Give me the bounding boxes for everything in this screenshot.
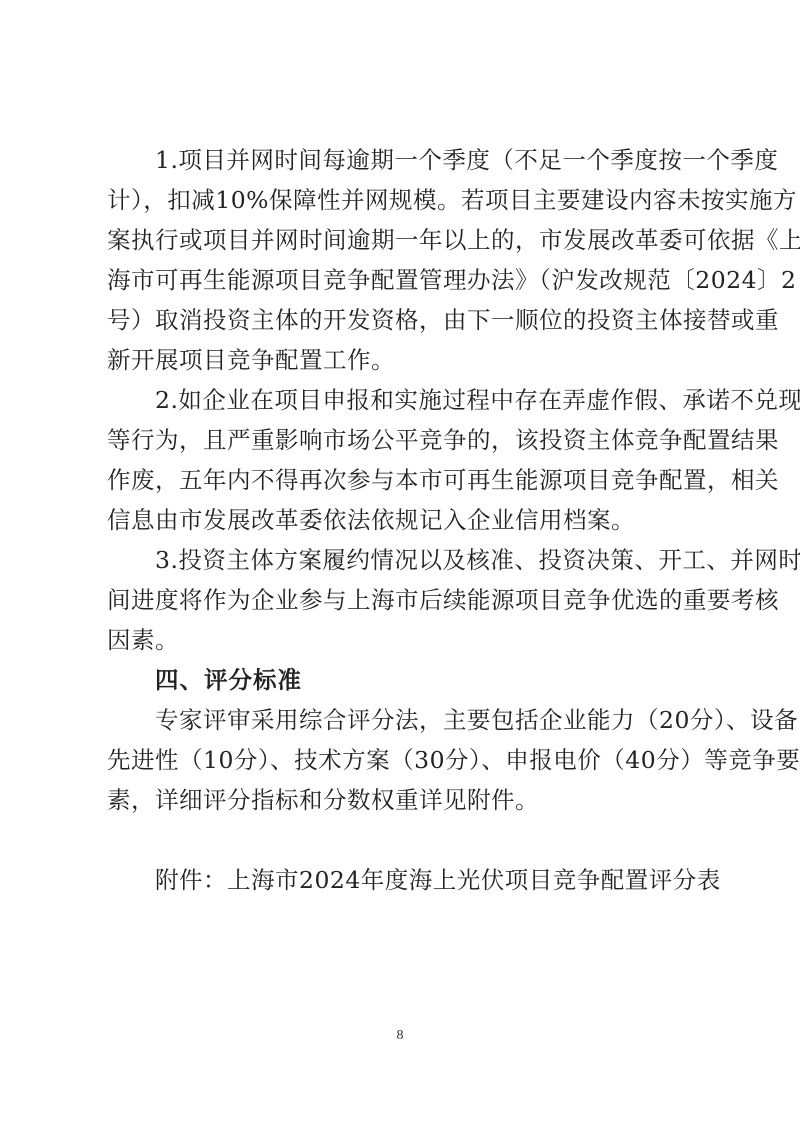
text-line: 先进性（10分）、技术方案（30分）、申报电价（40分）等竞争要: [107, 740, 697, 780]
text-line: 2.如企业在项目申报和实施过程中存在弄虚作假、承诺不兑现: [107, 380, 697, 420]
text-line: 号）取消投资主体的开发资格，由下一顺位的投资主体接替或重: [107, 300, 697, 340]
text-line: 间进度将作为企业参与上海市后续能源项目竞争优选的重要考核: [107, 580, 697, 620]
paragraph-scoring: 专家评审采用综合评分法，主要包括企业能力（20分）、设备 先进性（10分）、技术…: [107, 700, 697, 820]
text-line: 等行为，且严重影响市场公平竞争的，该投资主体竞争配置结果: [107, 420, 697, 460]
text-line: 案执行或项目并网时间逾期一年以上的，市发展改革委可依据《上: [107, 220, 697, 260]
text-line: 3.投资主体方案履约情况以及核准、投资决策、开工、并网时: [107, 540, 697, 580]
document-page: 1.项目并网时间每逾期一个季度（不足一个季度按一个季度 计），扣减10%保障性并…: [0, 0, 800, 1131]
text-line: 海市可再生能源项目竞争配置管理办法》（沪发改规范〔2024〕2: [107, 260, 697, 300]
spacer: [107, 820, 697, 860]
page-number: 8: [0, 1028, 800, 1044]
paragraph-item-1: 1.项目并网时间每逾期一个季度（不足一个季度按一个季度 计），扣减10%保障性并…: [107, 140, 697, 380]
paragraph-item-2: 2.如企业在项目申报和实施过程中存在弄虚作假、承诺不兑现 等行为，且严重影响市场…: [107, 380, 697, 540]
document-body: 1.项目并网时间每逾期一个季度（不足一个季度按一个季度 计），扣减10%保障性并…: [107, 140, 697, 900]
text-line: 因素。: [107, 620, 697, 660]
text-line: 专家评审采用综合评分法，主要包括企业能力（20分）、设备: [107, 700, 697, 740]
text-line: 计），扣减10%保障性并网规模。若项目主要建设内容未按实施方: [107, 180, 697, 220]
text-line: 新开展项目竞争配置工作。: [107, 340, 697, 380]
text-line: 1.项目并网时间每逾期一个季度（不足一个季度按一个季度: [107, 140, 697, 180]
attachment-line: 附件：上海市2024年度海上光伏项目竞争配置评分表: [107, 860, 697, 900]
text-line: 素，详细评分指标和分数权重详见附件。: [107, 780, 697, 820]
paragraph-item-3: 3.投资主体方案履约情况以及核准、投资决策、开工、并网时 间进度将作为企业参与上…: [107, 540, 697, 660]
text-line: 信息由市发展改革委依法依规记入企业信用档案。: [107, 500, 697, 540]
section-heading: 四、评分标准: [107, 660, 697, 700]
text-line: 作废，五年内不得再次参与本市可再生能源项目竞争配置，相关: [107, 460, 697, 500]
